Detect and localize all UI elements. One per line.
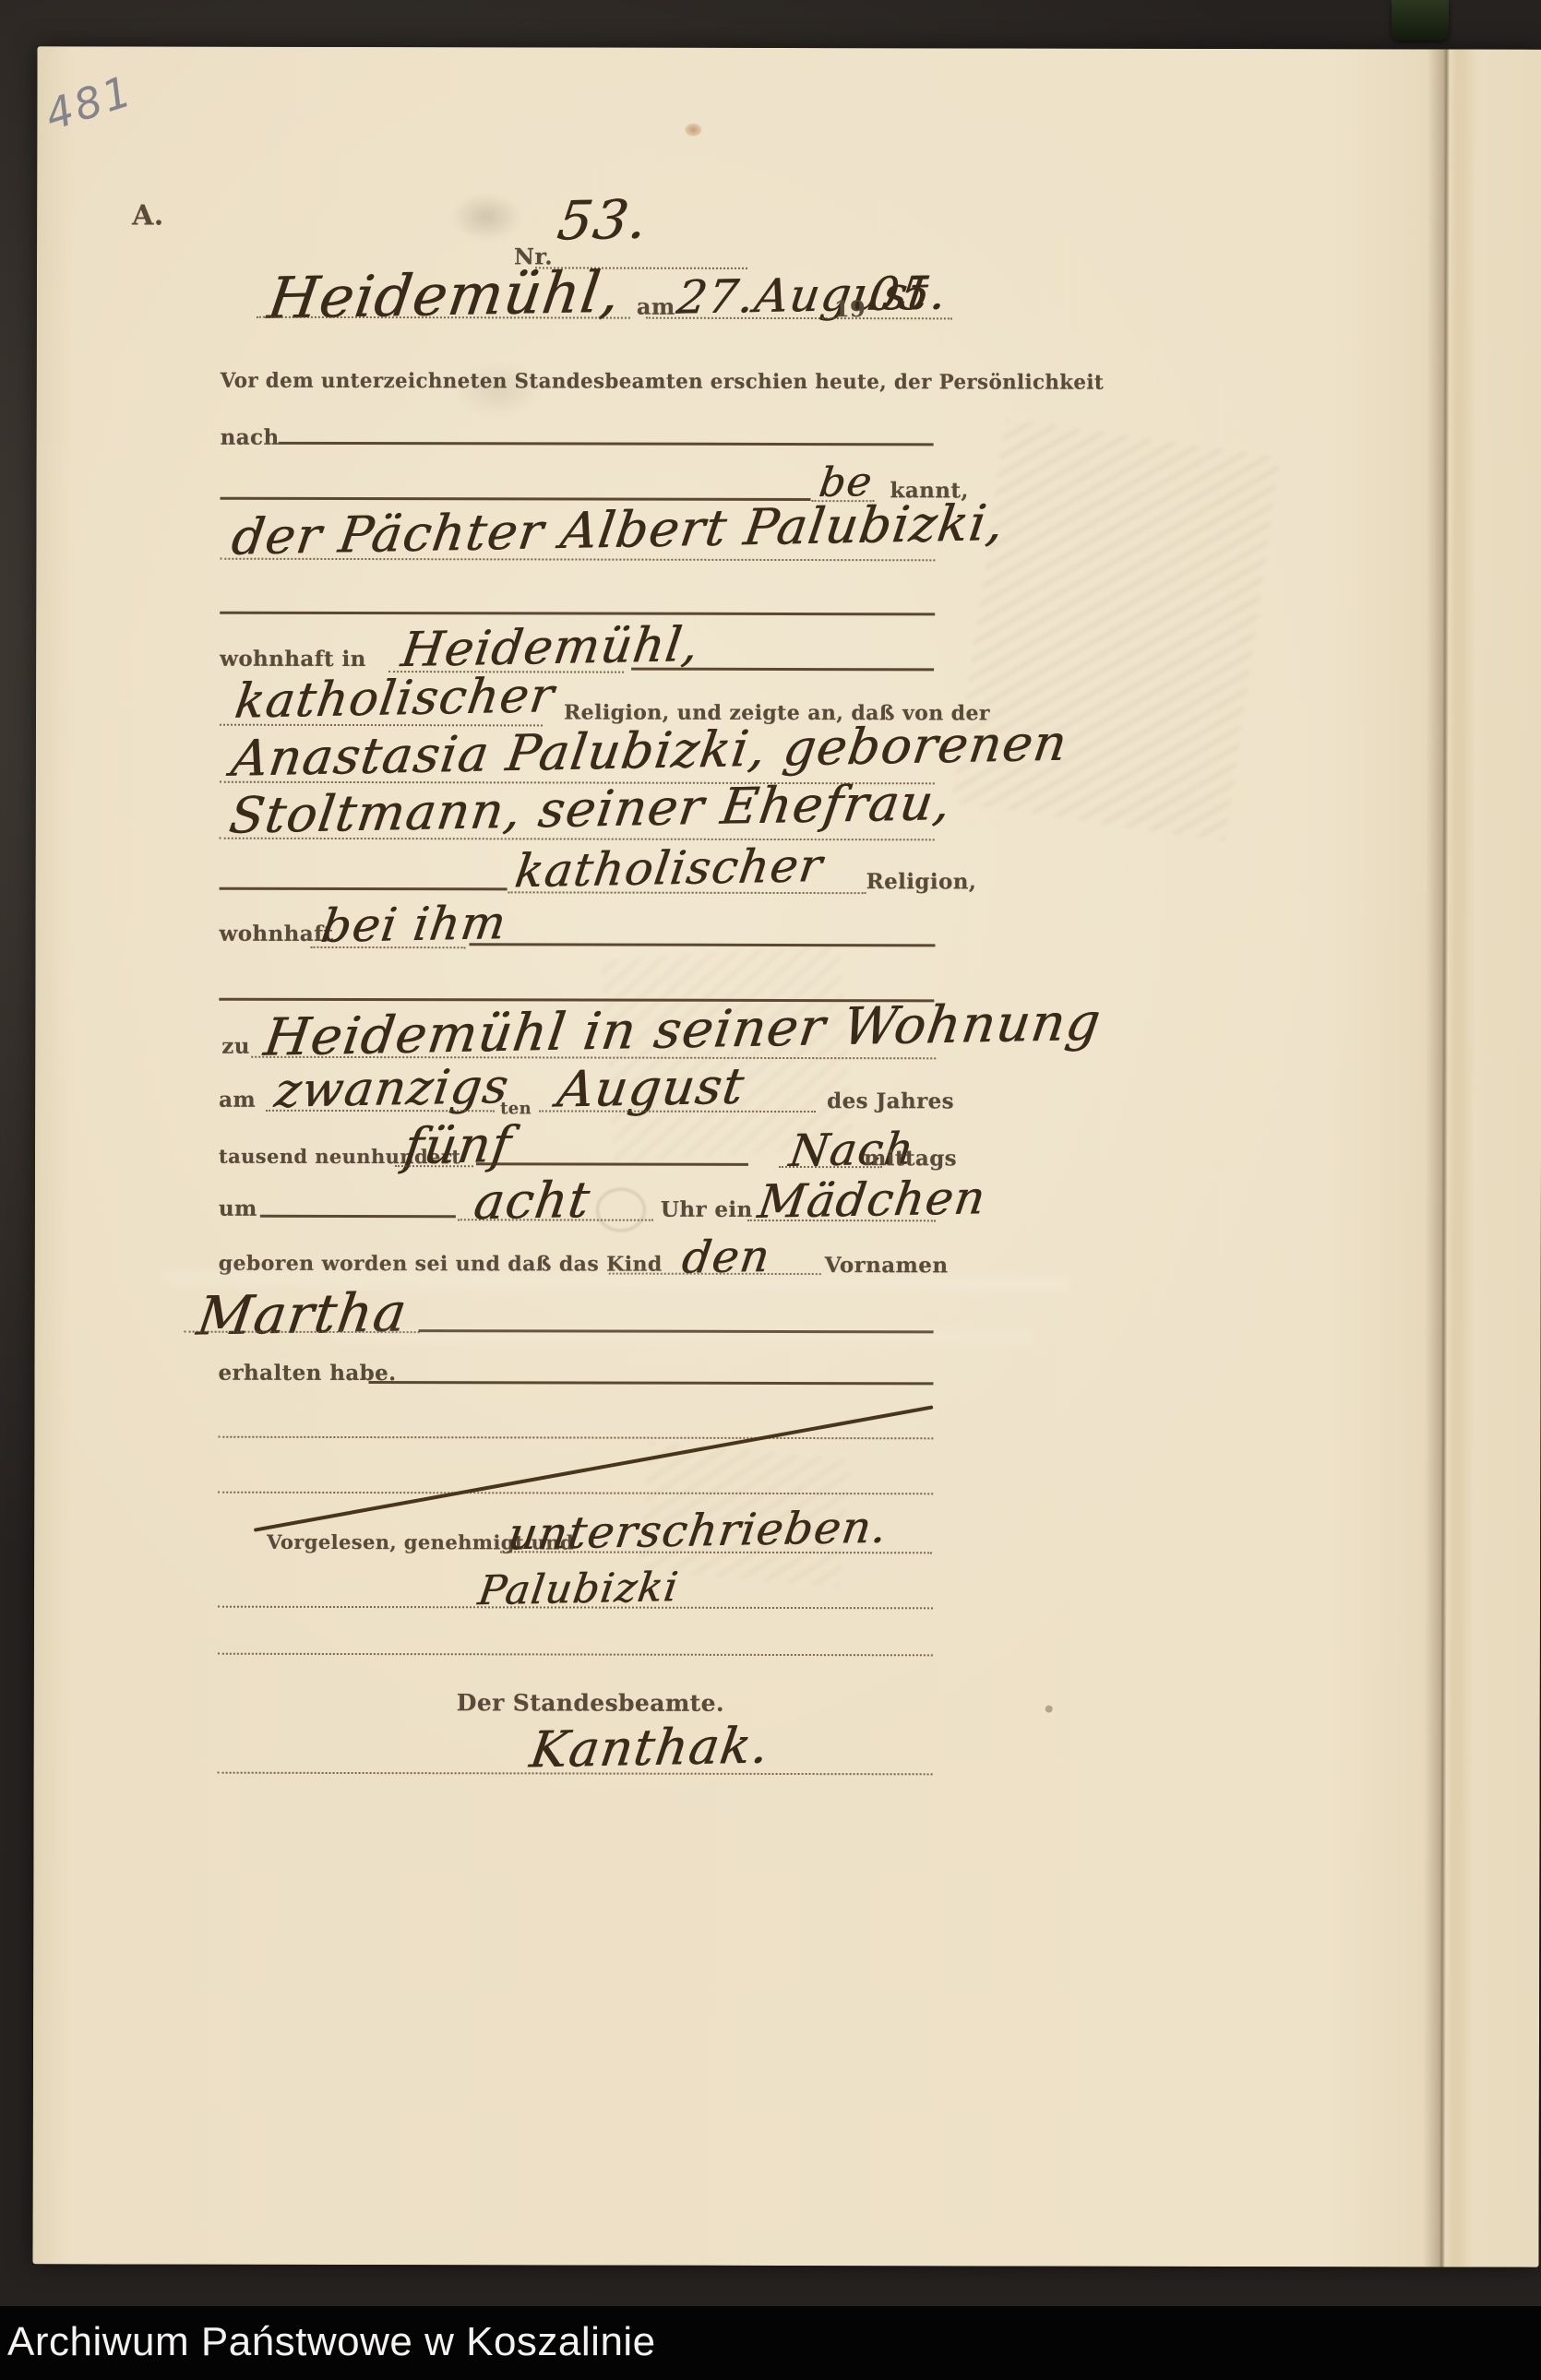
mother-name-line2: Stoltmann, seiner Ehefrau, [226,773,955,845]
ink-smudge [450,193,522,241]
religion-mother-value: katholischer [512,839,827,898]
vornamen-print: Vornamen [825,1253,949,1278]
year-value: 05. [866,267,950,322]
solid-rule [476,1162,748,1166]
ink-bleedthrough [951,419,1280,841]
religion-mother-print: Religion, [866,869,977,894]
residence-label: wohnhaft in [220,647,366,672]
dotted-rule [218,1653,933,1657]
section-letter: A. [132,200,164,232]
registrar-title: Der Standesbeamte. [457,1689,724,1717]
solid-rule [220,887,508,891]
solid-rule [220,612,935,616]
solid-rule [279,442,934,446]
register-page: 481 A. Nr. 53. Heidemühl, am 27.August 1… [32,46,1541,2267]
archival-scan: 481 A. Nr. 53. Heidemühl, am 27.August 1… [0,0,1541,2380]
dotted-rule [458,1219,653,1220]
religion-father-value: katholischer [232,668,558,729]
stain-spot [685,124,701,137]
archive-caption-bar: Archiwum Państwowe w Koszalinie [0,2306,1541,2380]
hour-print: Uhr ein [661,1197,753,1222]
dotted-rule [310,946,465,948]
child-clause-print: geboren worden sei und daß das Kind [219,1252,663,1277]
solid-rule [260,1215,456,1218]
intro-line: Vor dem unterzeichneten Standesbeamten e… [221,369,1104,395]
child-name-value: Martha [194,1280,412,1347]
birthday-month: August [554,1057,748,1119]
date-prefix: am [637,293,675,320]
hour-prefix: um [219,1196,257,1221]
binding-tab [1392,0,1449,41]
signature-registrar: Kanthak. [527,1717,773,1779]
solid-rule [368,1381,933,1385]
solid-rule [419,1329,934,1333]
residence2-label: wohnhaft [219,922,333,946]
birthday-prefix: am [219,1088,256,1113]
archive-caption-text: Archiwum Państwowe w Koszalinie [7,2319,656,2365]
birthday-year-print: des Jahres [827,1089,954,1113]
hour-value: acht [471,1171,594,1231]
nach-label: nach [221,425,280,450]
daytime-print: mittags [864,1146,957,1171]
child-sex-value: Mädchen [755,1171,989,1229]
dotted-rule [218,1436,933,1440]
faint-ring-stain [596,1188,646,1232]
gutter-crease [1422,49,1463,2267]
birthplace-prefix: zu [221,1034,250,1059]
article-hand: den [679,1231,774,1284]
record-number-value: 53. [554,188,652,253]
dotted-rule [395,1165,473,1167]
pencil-page-number: 481 [39,65,139,140]
solid-rule [469,943,935,946]
declarant-line: der Pächter Albert Palubizki, [228,494,1008,566]
ink-dot [1045,1706,1053,1713]
place-name: Heidemühl, [264,258,626,332]
dotted-rule [218,1492,933,1495]
